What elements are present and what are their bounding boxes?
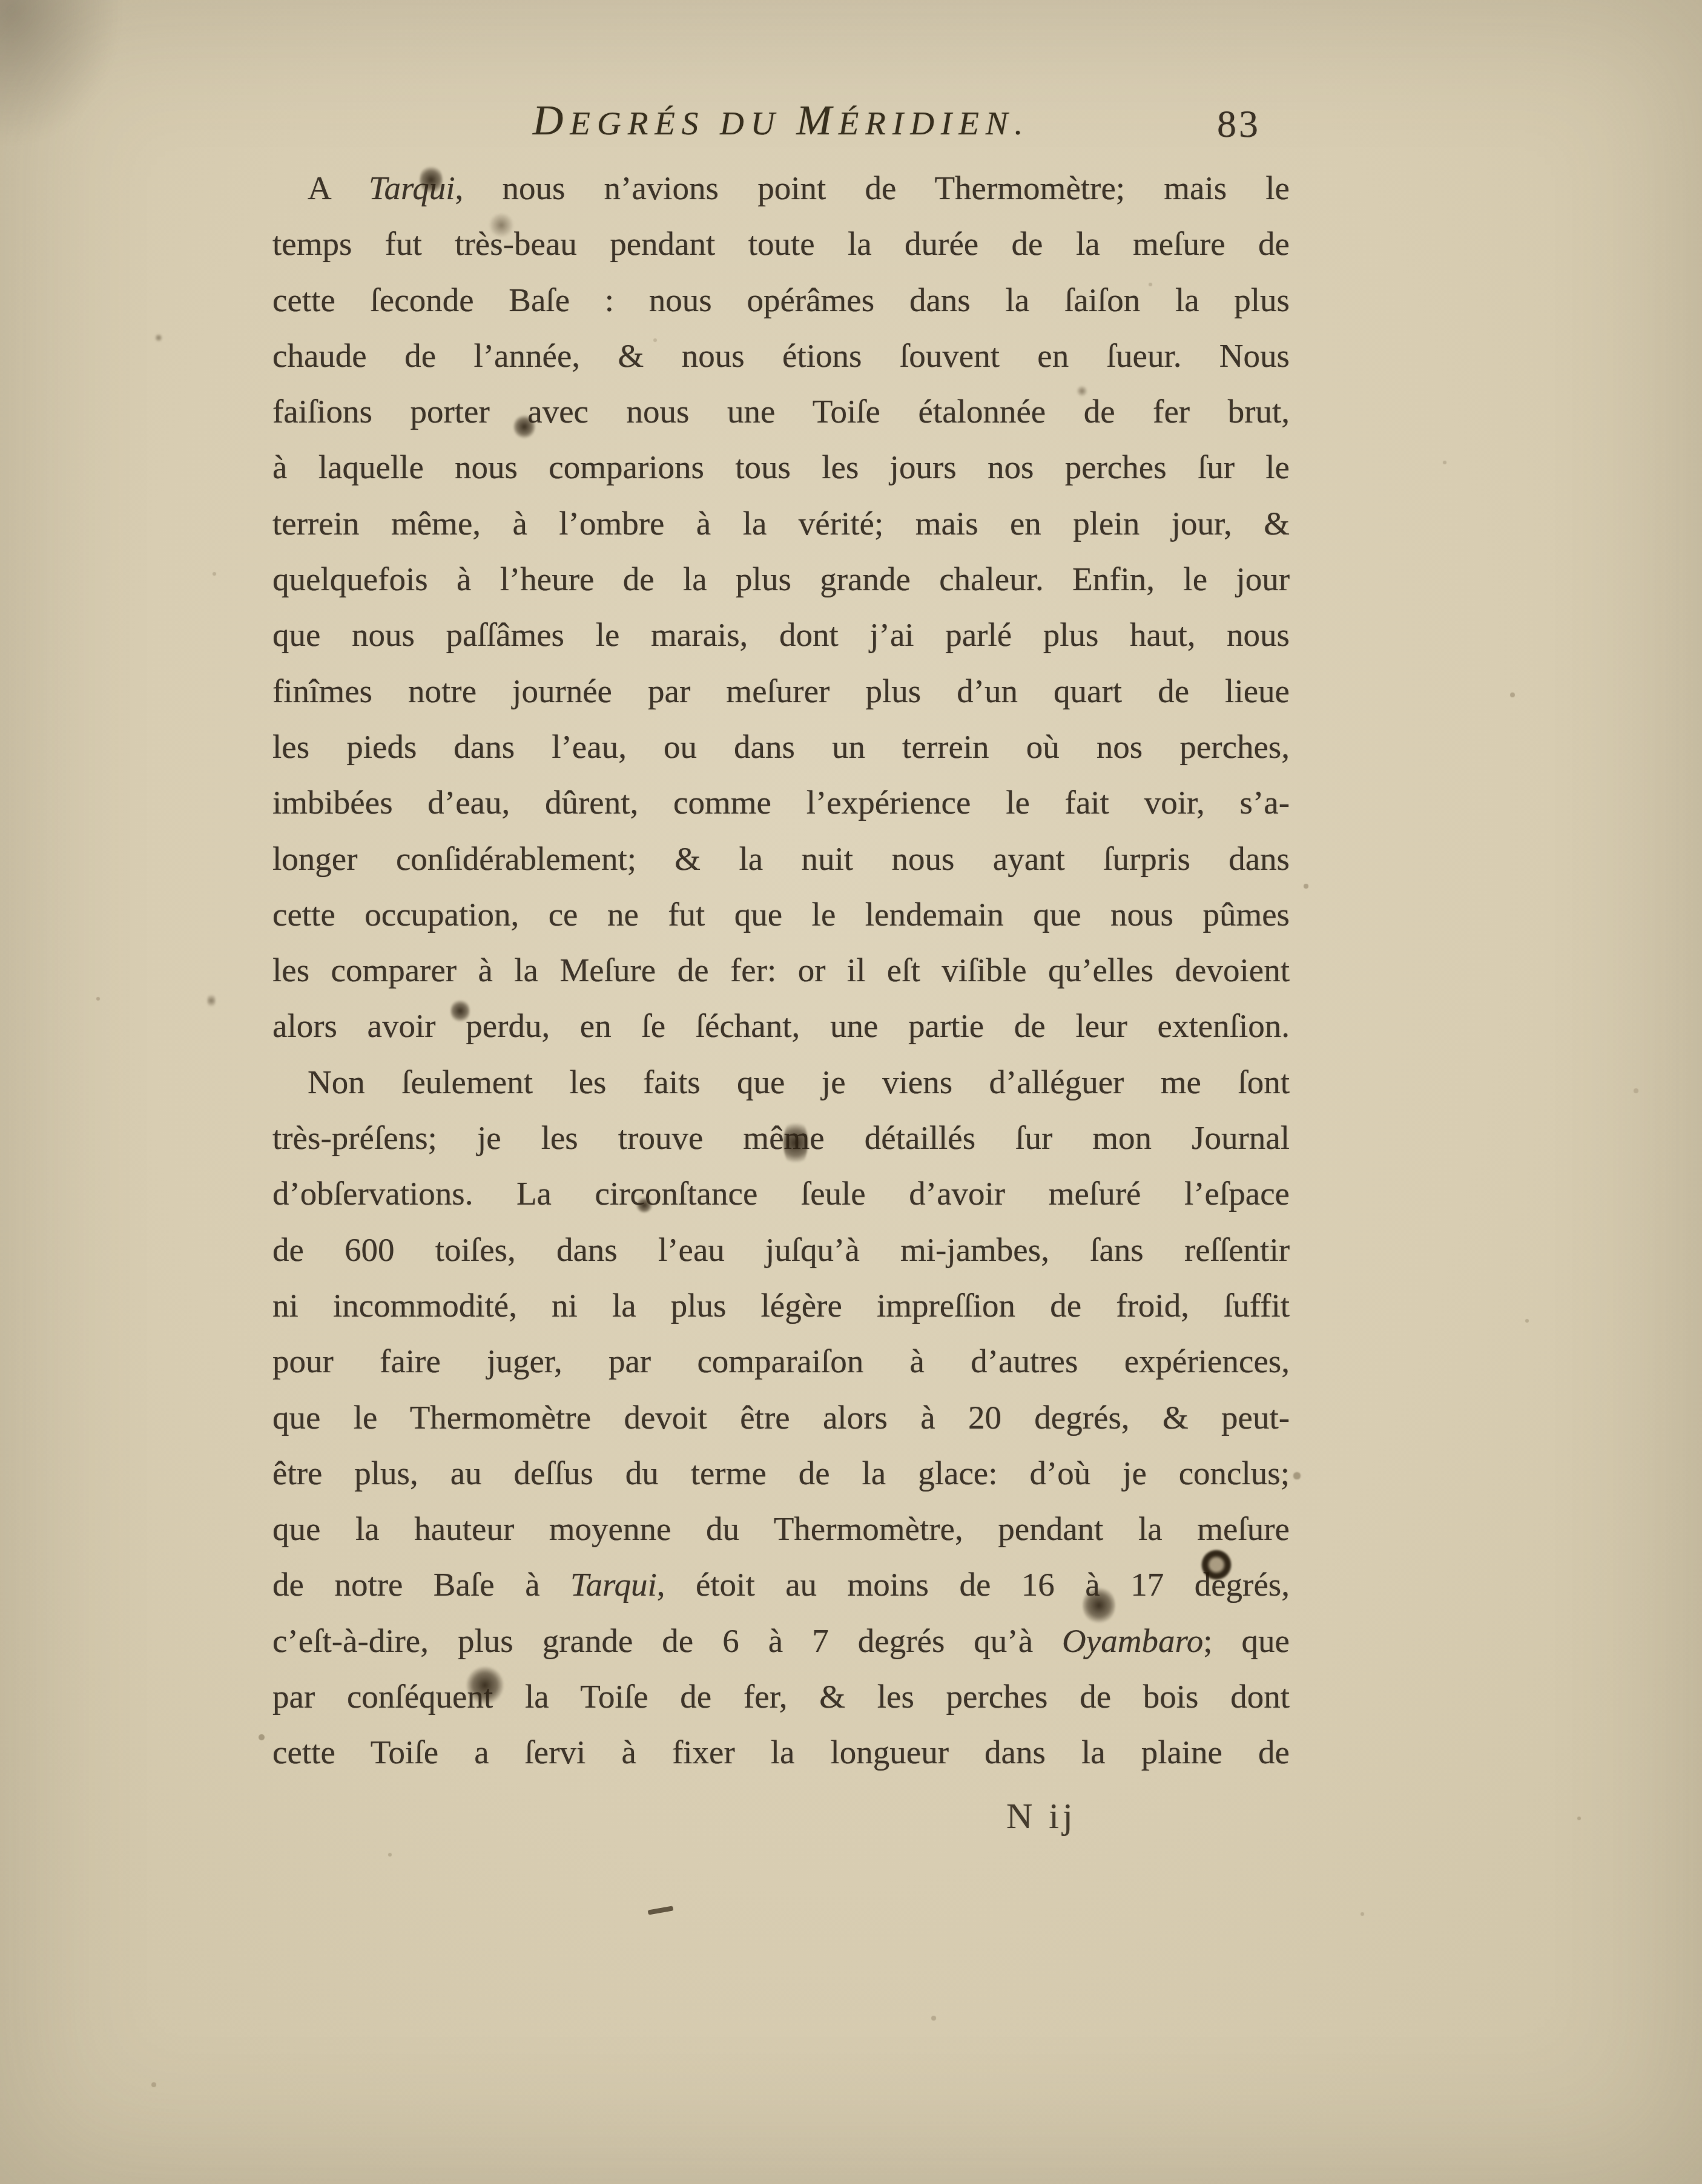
text-line: Non ſeulement les faits que je viens d’a… xyxy=(272,1054,1290,1110)
text-line: par conſéquent la Toiſe de fer, & les pe… xyxy=(272,1669,1290,1725)
text-line: de notre Baſe à Tarqui, étoit au moins d… xyxy=(272,1557,1290,1613)
text-line: chaude de l’année, & nous étions ſouvent… xyxy=(272,328,1290,384)
text-line: être plus, au deſſus du terme de la glac… xyxy=(272,1446,1290,1501)
ink-blot xyxy=(207,993,216,1008)
place-name: Tarqui xyxy=(570,1566,657,1603)
text-block: A Tarqui, nous n’avions point de Thermom… xyxy=(272,160,1290,1781)
text-line: cette Toiſe a ſervi à fixer la longueur … xyxy=(272,1725,1290,1780)
ink-blot xyxy=(1201,1550,1232,1580)
text-line: d’obſervations. La circonſtance ſeule d’… xyxy=(272,1166,1290,1222)
text-line: temps fut très-beau pendant toute la dur… xyxy=(272,216,1290,272)
text-line: que nous paſſâmes le marais, dont j’ai p… xyxy=(272,607,1290,663)
place-name: Oyambaro xyxy=(1062,1622,1203,1659)
text-line: c’eſt-à-dire, plus grande de 6 à 7 degré… xyxy=(272,1613,1290,1669)
header-title-segment: EGRÉS DU xyxy=(570,105,796,142)
page-number: 83 xyxy=(1217,102,1261,146)
text-line: finîmes notre journée par meſurer plus d… xyxy=(272,663,1290,719)
text-line: quelquefois à l’heure de la plus grande … xyxy=(272,551,1290,607)
text-line: que le Thermomètre devoit être alors à 2… xyxy=(272,1390,1290,1446)
ink-blot xyxy=(466,1666,504,1705)
header-title-segment: ÉRIDIEN. xyxy=(839,105,1030,142)
running-header: DEGRÉS DU MÉRIDIEN. xyxy=(272,97,1290,145)
text-line: longer conſidérablement; & la nuit nous … xyxy=(272,831,1290,887)
text-line: les pieds dans l’eau, ou dans un terrein… xyxy=(272,719,1290,775)
paper-foxing-specks xyxy=(0,0,2,2)
text-line: ni incommodité, ni la plus légère impreſ… xyxy=(272,1278,1290,1334)
scan-corner-shadow xyxy=(0,0,121,145)
text-line: alors avoir perdu, en ſe ſéchant, une pa… xyxy=(272,998,1290,1054)
text-line: faiſions porter avec nous une Toiſe étal… xyxy=(272,384,1290,439)
text-line: terrein même, à l’ombre à la vérité; mai… xyxy=(272,496,1290,551)
text-line: imbibées d’eau, dûrent, comme l’expérien… xyxy=(272,775,1290,831)
text-line: de 600 toiſes, dans l’eau juſqu’à mi-jam… xyxy=(272,1222,1290,1278)
text-line: très-préſens; je les trouve même détaill… xyxy=(272,1110,1290,1166)
ink-blot xyxy=(420,165,443,195)
text-line: à laquelle nous comparions tous les jour… xyxy=(272,439,1290,495)
ink-blot xyxy=(513,414,535,439)
ink-blot xyxy=(1077,385,1087,397)
text-line: cette occupation, ce ne fut que le lende… xyxy=(272,887,1290,942)
scanned-book-page: DEGRÉS DU MÉRIDIEN. 83 A Tarqui, nous n’… xyxy=(0,0,1702,2184)
ink-blot xyxy=(783,1117,808,1168)
text-line: cette ſeconde Baſe : nous opérâmes dans … xyxy=(272,272,1290,328)
ink-blot xyxy=(1083,1586,1115,1625)
header-title-segment: M xyxy=(796,97,838,144)
pen-dash-mark xyxy=(648,1906,674,1915)
ink-blot xyxy=(450,999,470,1023)
text-line: pour faire juger, par comparaiſon à d’au… xyxy=(272,1334,1290,1389)
ink-blot xyxy=(636,1197,653,1213)
ink-blot xyxy=(155,333,162,343)
text-line: les comparer à la Meſure de fer: or il e… xyxy=(272,942,1290,998)
header-title-segment: D xyxy=(533,97,570,144)
signature-mark: N ij xyxy=(1006,1795,1077,1837)
ink-blot xyxy=(488,213,515,237)
text-line: que la hauteur moyenne du Thermomètre, p… xyxy=(272,1501,1290,1557)
